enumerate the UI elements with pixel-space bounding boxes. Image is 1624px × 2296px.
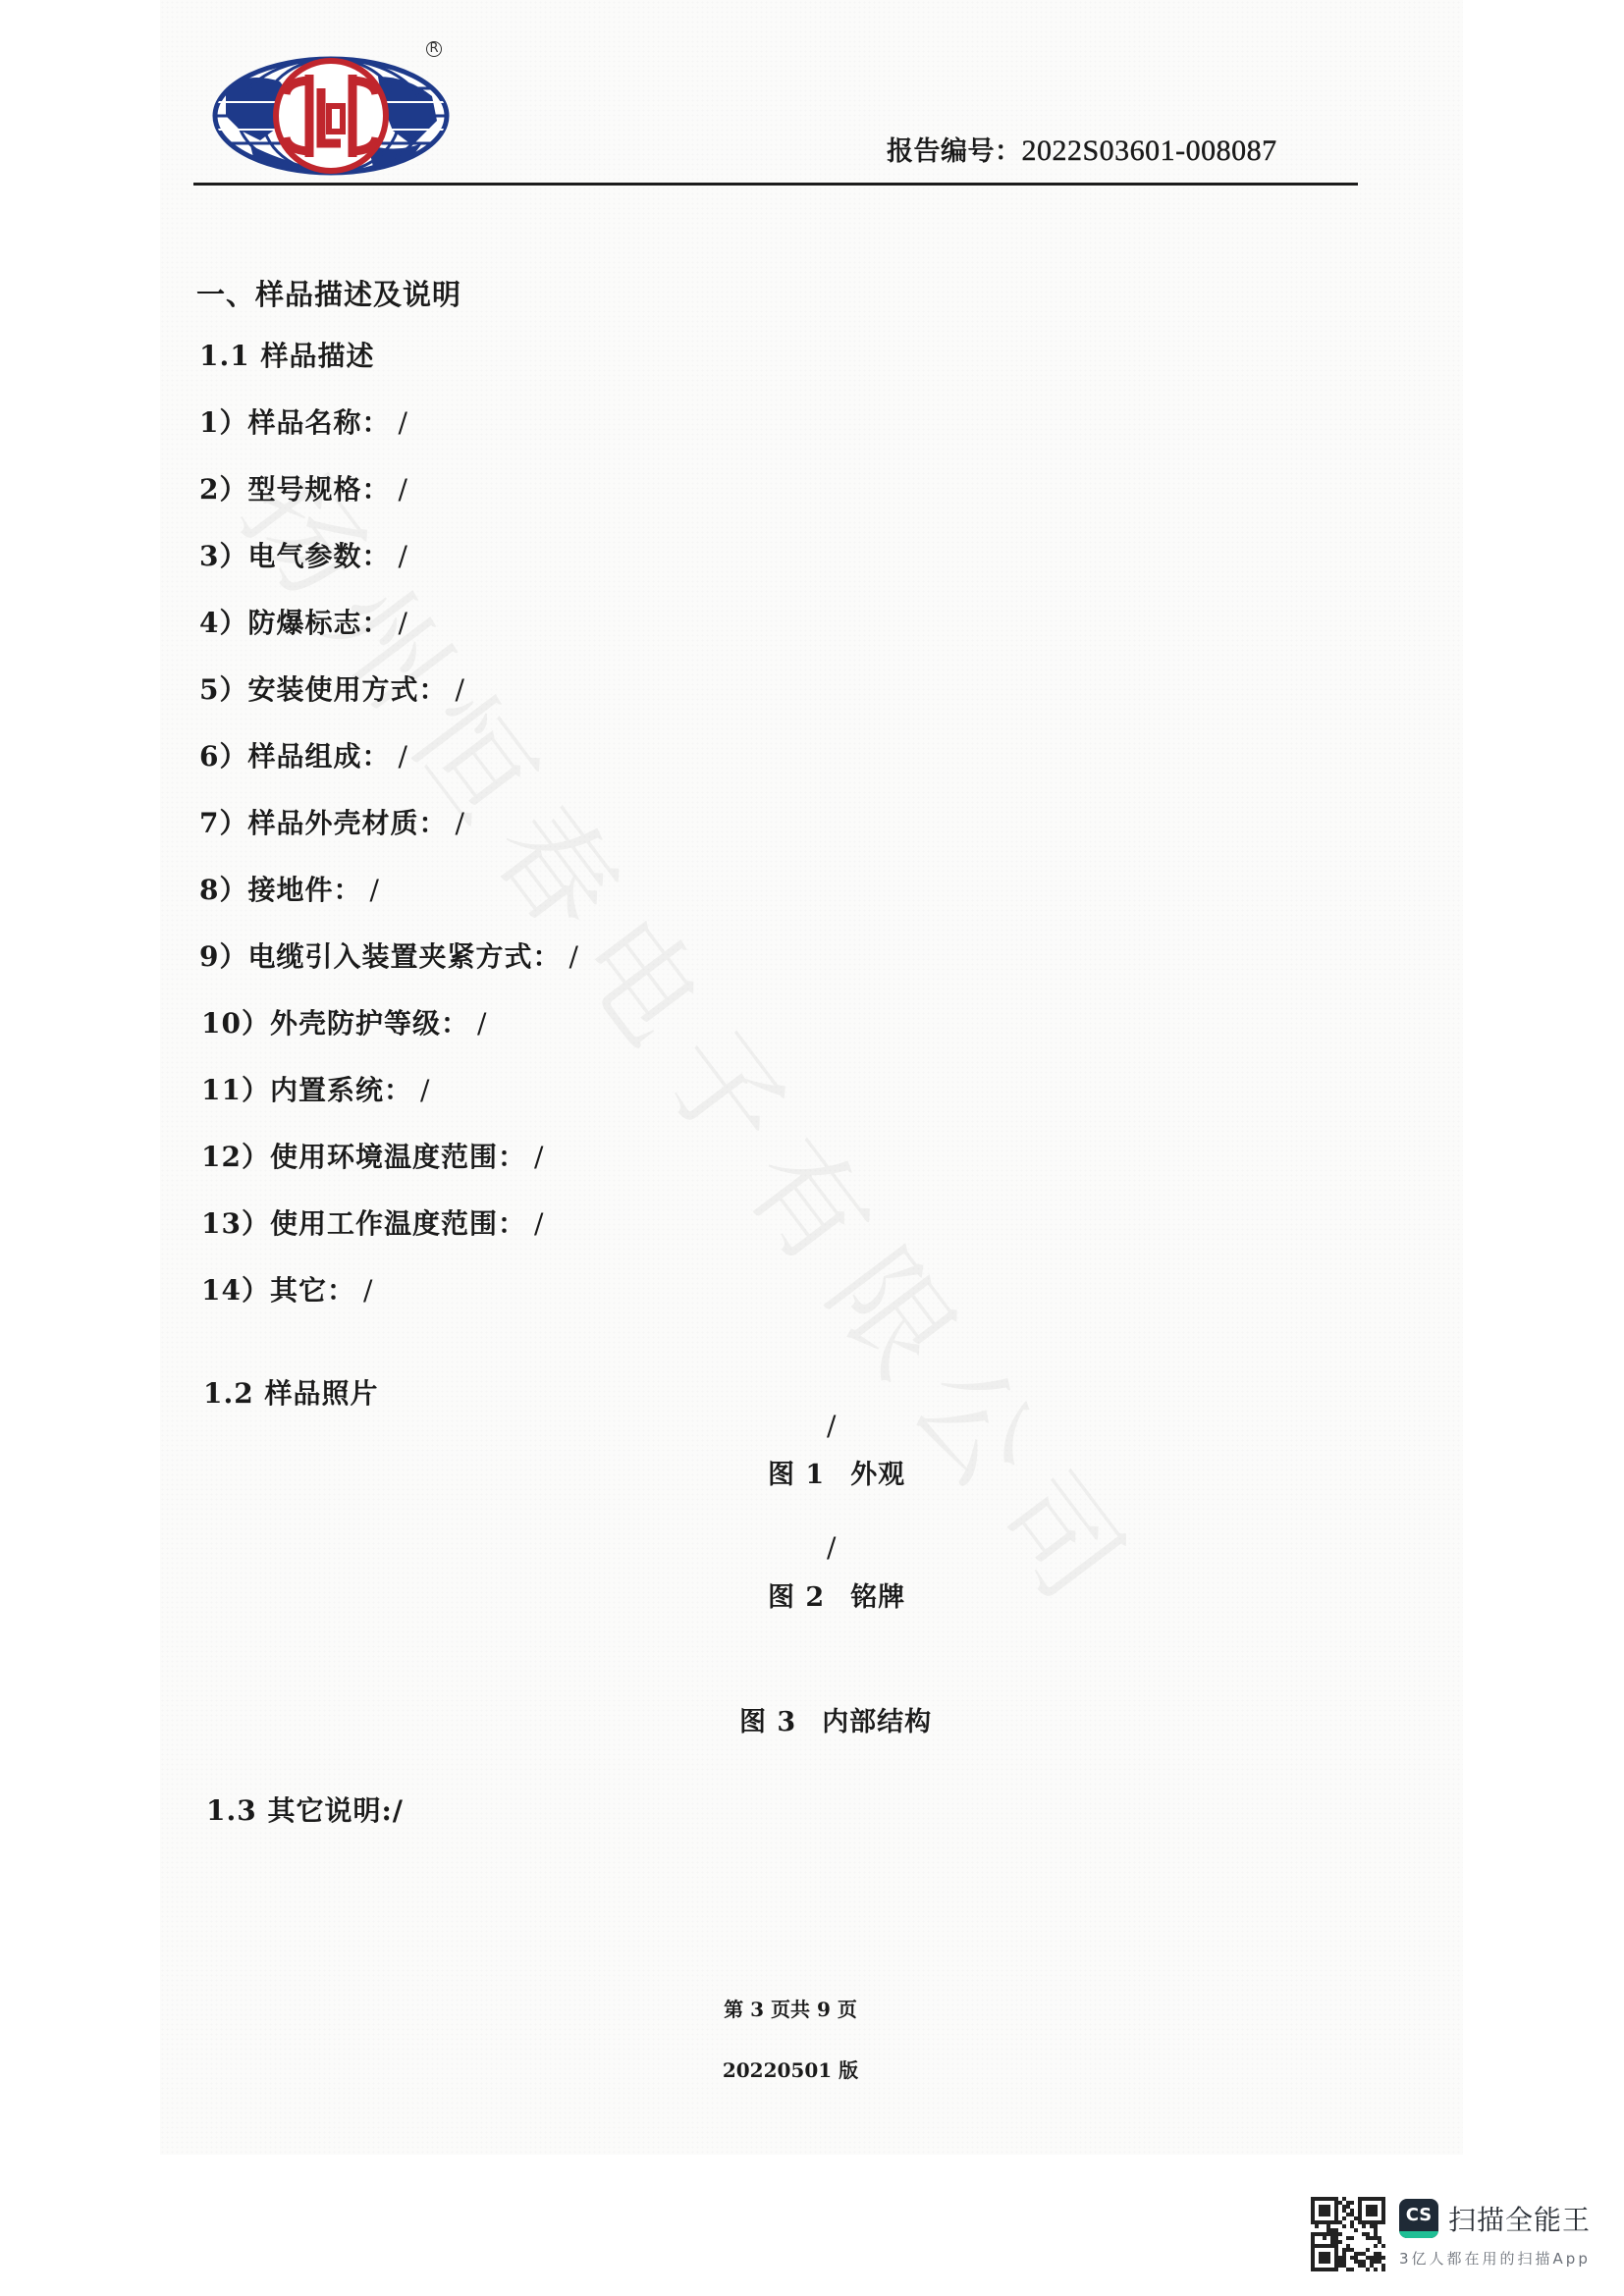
report-number-label: 报告编号： bbox=[887, 136, 1022, 167]
list-item-working-temp: 13）使用工作温度范围：/ bbox=[201, 1202, 544, 1242]
report-number: 报告编号：2022S03601-008087 bbox=[887, 130, 1277, 168]
list-item-ip-rating: 10）外壳防护等级：/ bbox=[201, 1002, 487, 1041]
report-number-value: 2022S03601-008087 bbox=[1022, 134, 1277, 167]
section-title: 一、样品描述及说明 bbox=[196, 273, 461, 313]
list-item-installation: 5）安装使用方式：/ bbox=[199, 668, 465, 708]
subsection-title-1-3: 1.3 其它说明:/ bbox=[206, 1789, 404, 1829]
figure-3-caption: 图 3内部结构 bbox=[739, 1700, 932, 1738]
list-item-composition: 6）样品组成：/ bbox=[199, 735, 408, 774]
subsection-title-1-1: 1.1 样品描述 bbox=[199, 335, 374, 374]
scanner-app-tagline: 3亿人都在用的扫描App bbox=[1399, 2248, 1591, 2269]
figure-2-caption: 图 2铭牌 bbox=[768, 1575, 905, 1614]
figure-1-placeholder: / bbox=[827, 1410, 836, 1442]
header-divider bbox=[193, 183, 1358, 186]
document-version: 20220501 版 bbox=[643, 2055, 938, 2083]
list-item-other: 14）其它：/ bbox=[201, 1269, 373, 1308]
list-item-enclosure-material: 7）样品外壳材质：/ bbox=[199, 802, 465, 841]
list-item-grounding: 8）接地件：/ bbox=[199, 869, 380, 908]
list-item-cable-entry: 9）电缆引入装置夹紧方式：/ bbox=[199, 935, 579, 975]
list-item-ambient-temp: 12）使用环境温度范围：/ bbox=[201, 1136, 544, 1175]
registered-trademark-icon: R bbox=[426, 41, 442, 57]
globe-emblem-icon bbox=[211, 47, 452, 180]
list-item-sample-name: 1）样品名称：/ bbox=[199, 401, 408, 441]
page-number: 第 3 页共 9 页 bbox=[643, 1994, 938, 2022]
list-item-electrical-params: 3）电气参数：/ bbox=[199, 535, 408, 574]
list-item-ex-marking: 4）防爆标志：/ bbox=[199, 602, 408, 641]
qr-code-icon[interactable] bbox=[1311, 2197, 1385, 2271]
camscanner-logo-icon: CS bbox=[1399, 2199, 1438, 2238]
figure-2-placeholder: / bbox=[827, 1531, 836, 1564]
list-item-builtin-system: 11）内置系统：/ bbox=[201, 1069, 430, 1108]
scanner-app-badge: CS 扫描全能王 3亿人都在用的扫描App bbox=[1311, 2197, 1591, 2275]
figure-1-caption: 图 1外观 bbox=[768, 1453, 905, 1491]
subsection-title-1-2: 1.2 样品照片 bbox=[203, 1372, 378, 1412]
list-item-model-spec: 2）型号规格：/ bbox=[199, 468, 408, 507]
scanner-app-name: 扫描全能王 bbox=[1448, 2199, 1591, 2238]
certification-logo bbox=[211, 47, 452, 180]
